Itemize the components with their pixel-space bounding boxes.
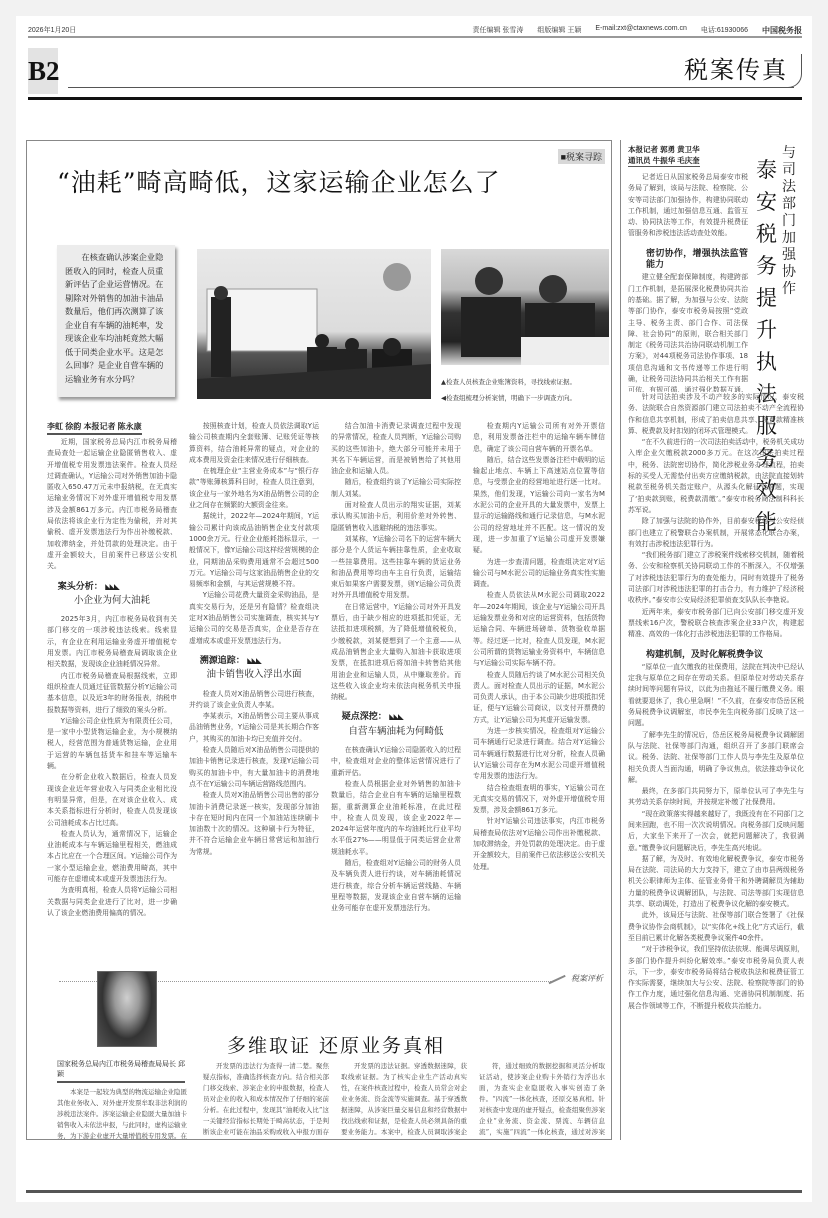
paragraph: 在梳理企业“主营业务成本”与“银行存款”等账簿核算科目时，检查人员注意到，该企业… [189, 466, 319, 511]
paragraph: 为查明真相，检查人员将Y运输公司相关数据与同类企业进行了比对，进一步确认了该企业… [47, 885, 177, 919]
paragraph: 在日常运营中，Y运输公司对外开具发票后，由于缺少相应的进项抵扣凭证，无法抵扣进项… [331, 602, 461, 704]
paragraph: 随后，结合这些发票备注栏中载明的运输起止地点、车辆上下高速站点位置等信息，与受票… [473, 455, 605, 557]
triangle-icons: ◣◣◣ [247, 658, 260, 665]
paragraph: 检查人员随后约谈了M水泥公司相关负责人。面对检查人员出示的证据，M水泥公司负责人… [473, 670, 605, 726]
paragraph: 检查期内Y运输公司所有对外开票信息，利用发票备注栏中的运输车辆车牌信息，确定了该… [473, 421, 605, 455]
sidebar-byline: 本报记者 郭勇 黄卫华 通讯员 牛振华 毛庆奎 [628, 144, 700, 167]
page-number: B2 [28, 48, 58, 94]
header-divider [28, 97, 802, 100]
commentary-author: 国家税务总局内江市税务局稽查局局长 邱颖 [57, 1059, 185, 1083]
section-title: 税案传真 [684, 50, 788, 85]
paragraph: 建立健全配套保障制度，构建跨部门工作机制，是拓展深化税费协同共治的基础。据了解，… [628, 272, 748, 392]
paragraph: 此外，该局还与法院、社保等部门联合签署了《社保费争议协作会商机制》，以“实体化+… [628, 910, 804, 944]
paragraph: 近两年来，泰安市税务部门已向公安部门移交虚开发票线索16户次，警税联合核查涉案企… [628, 607, 804, 641]
photo-reviewing-documents [441, 249, 609, 365]
triangle-icons: ◣◣◣ [389, 714, 402, 721]
header-rule [68, 87, 794, 88]
paragraph: 针对司法拍卖涉及不动产较多的实际情况，泰安税务、法院联合自然资源部门建立司法拍卖… [628, 392, 804, 437]
commentary-title: 多维取证 还原业务真相 [227, 1031, 445, 1058]
photo-team-meeting [197, 249, 431, 399]
paragraph: 记者近日从国家税务总局泰安市税务局了解到，该局与法院、检察院、公安等司法部门加强… [628, 172, 748, 240]
paragraph: 近期，国家税务总局内江市税务局稽查局查处一起运输企业隐匿销售收入、虚开增值税专用… [47, 437, 177, 573]
layout-editor: 组版编辑 王颖 [537, 25, 581, 35]
photo-caption-2: ◀检查组梳理分析案情，明确下一步调查方向。 [441, 393, 576, 402]
paragraph: 随后，检查组对Y运输公司的财务人员及车辆负责人进行约谈，对车辆油耗情况进行核查，… [331, 858, 461, 914]
author-portrait [97, 971, 157, 1047]
email-contact[interactable]: E-mail:zxt@ctaxnews.com.cn [595, 25, 687, 35]
paragraph: “对于涉税争议，我们坚持依法依规、能调尽调原则，多部门协作提升纠纷化解效率。”泰… [628, 944, 804, 1012]
paragraph: 为进一步查清问题，检查组决定对Y运输公司与M水泥公司的运输业务真实性实施调查。 [473, 557, 605, 591]
paper-name: 中国税务报 [762, 25, 802, 36]
article-column-1: 近期，国家税务总局内江市税务局稽查局查处一起运输企业隐匿销售收入、虚开增值税专用… [47, 437, 177, 987]
column-separator [620, 140, 621, 1140]
header-curve [788, 54, 802, 88]
issue-date: 2026年1月20日 [28, 25, 472, 35]
paragraph: 内江市税务局稽查局根据线索，立即组织检查人员通过征管数据分析Y运输公司基本信息，… [47, 671, 177, 716]
commentary-column-3: 开发票的违法证据。穿透数据迷障，获取线索证据。为了核实企业生产活动真实性，在案件… [341, 1061, 467, 1139]
subhead-title: 小企业为何大油耗 [47, 595, 177, 606]
paragraph: “原单位一直欠缴我的社保费用，法院在判决中已经认定我与原单位之间存在劳动关系。但… [628, 662, 804, 730]
paragraph: 面对检查人员出示的翔实证据，刘某承认购买加油卡后，利用价差对外转售、隐匿销售收入… [331, 500, 461, 534]
paragraph: 据了解，为及时、有效地化解税费争议，泰安市税务局在法院、司法局的大力支持下，建立… [628, 854, 804, 910]
subhead-title: 自营车辆油耗为何畸低 [331, 726, 461, 737]
article-column-3: 结合加油卡消费记录调查过程中发现的异常情况，检查人员判断，Y运输公司购买的这些加… [331, 421, 461, 987]
sidebar-subhead-2: 构建机制，及时化解税费争议 [646, 649, 804, 660]
article-column-4: 检查期内Y运输公司所有对外开票信息，利用发票备注栏中的运输车辆车牌信息，确定了该… [473, 421, 605, 987]
paragraph: 在分析企业收入数据后，检查人员发现该企业近年营业收入与同类企业相比没有明显异常，… [47, 772, 177, 828]
responsible-editor: 责任编辑 张雪涛 [472, 25, 523, 35]
paragraph: 随后，检查组约谈了Y运输公司实际控制人刘某。 [331, 477, 461, 500]
paragraph: 按照核查计划，检查人员依法调取Y运输公司核查期内全套账簿、记账凭证等核算资料，结… [189, 421, 319, 466]
subhead-desk-analysis: 案头分析： ◣◣◣ [58, 581, 177, 593]
commentary-column-4: 符，通过细致的数据挖掘和灵活分析取证活动，使涉案企业购卡外销行为浮出水面，为查实… [479, 1061, 605, 1139]
main-article: ■税案寻踪 “油耗”畸高畸低，这家运输企业怎么了 在核查确认涉案企业隐匿收入的同… [26, 140, 612, 1140]
page-header: B2 税案传真 [28, 48, 802, 94]
photo-caption-1: ▲检查人员核查企业账簿资料，寻找线索证据。 [441, 377, 576, 386]
masthead-bar: 2026年1月20日 责任编辑 张雪涛 组版编辑 王颖 E-mail:zxt@c… [28, 24, 802, 38]
paragraph: “我们税务部门建立了涉税案件线索移交机制，随着税务、公安和检察机关协同联动工作的… [628, 550, 804, 606]
newspaper-page: 2026年1月20日 责任编辑 张雪涛 组版编辑 王颖 E-mail:zxt@c… [16, 16, 812, 1202]
paragraph: “现在政策落实得越来越好了，我既没有在不同部门之间来回跑，也不用一次次说明情况。… [628, 809, 804, 854]
sidebar-column-top: 记者近日从国家税务总局泰安市税务局了解到，该局与法院、检察院、公安等司法部门加强… [628, 172, 748, 392]
triangle-icons: ◣◣◣ [105, 584, 118, 591]
subhead-source-tracing: 溯源追踪： ◣◣◣ [200, 655, 319, 667]
sidebar-subhead-1: 密切协作，增强执法监管能力 [646, 248, 748, 271]
commentary-column-2: 开发票的违法行为查得一清二楚。聚焦疑点指标，准确选择核查方向。结合相关部门移交线… [203, 1061, 329, 1139]
paragraph: Y运输公司花费大量资金采购油品，是真实交易行为，还是另有隐情？检查组决定对X油品… [189, 590, 319, 646]
photo-illustration-icon [197, 249, 431, 399]
paragraph: 2025年3月，内江市税务局收到有关部门移交的一项涉税违法线索。线索显示，有企业… [47, 614, 177, 670]
phone-contact: 电话:61930066 [701, 25, 748, 35]
sidebar-column-bottom: 针对司法拍卖涉及不动产较多的实际情况，泰安税务、法院联合自然资源部门建立司法拍卖… [628, 392, 804, 1182]
paragraph: “在不久前进行的一次司法拍卖活动中，税务机关成功入库企业欠缴税款2000多万元。… [628, 437, 804, 516]
paragraph: Y运输公司企业性质为有限责任公司，是一家中小型货物运输企业，为小规模纳税人，经营… [47, 716, 177, 772]
sidebar-kicker: 与司法部门加强协作 [782, 144, 798, 297]
paragraph: 据统计，2022年—2024年期间，Y运输公司累计向该成品油销售企业支付款项10… [189, 511, 319, 590]
paragraph: 检查人员对X油品销售公司进行核查，并约谈了该企业负责人李某。 [189, 689, 319, 712]
paragraph: 结合检查组查明的事实，Y运输公司在无真实交易的情况下，对外虚开增值税专用发票，涉… [473, 783, 605, 817]
paragraph: 检查人员根据企业对外销售的加油卡数量后，结合企业自有车辆的运输里程数据，重新测算… [331, 779, 461, 858]
paragraph: 在核查确认Y运输公司隐匿收入的过程中，检查组对企业的整体运营情况进行了重新评估。 [331, 745, 461, 779]
article-headline: “油耗”畸高畸低，这家运输企业怎么了 [57, 163, 501, 199]
quill-icon [545, 966, 566, 984]
paragraph: 针对Y运输公司违法事实，内江市税务局稽查局依法对Y运输公司作出补缴税款、加收滞纳… [473, 816, 605, 872]
commentary-column-1: 本案是一起较为典型的物流运输企业隐匿其他业务收入、对外虚开发票牟取非法利润的涉税… [57, 1087, 187, 1139]
paragraph: 检查人员依法从M水泥公司调取2022年—2024年期间，该企业与Y运输公司开具运… [473, 590, 605, 669]
subhead-title: 油卡销售收入浮出水面 [189, 669, 319, 680]
photo-illustration-icon [441, 249, 609, 365]
paragraph: 检查人员对X油品销售公司出售的部分加油卡消费记录逐一核实，发现部分加油卡存在短时… [189, 790, 319, 858]
commentary-logo: 税案评析 [546, 969, 603, 984]
paragraph: 刘某称，Y运输公司名下的运营车辆大部分是个人货运车辆挂靠性质，企业收取一些挂靠费… [331, 534, 461, 602]
paragraph: 结合加油卡消费记录调查过程中发现的异常情况，检查人员判断，Y运输公司购买的这些加… [331, 421, 461, 477]
paragraph: 李某表示，X油品销售公司主要从事成品油销售业务，Y运输公司是其长期合作客户，其购… [189, 711, 319, 745]
article-lead-box: 在核查确认涉案企业隐匿收入的同时，检查人员重新评估了企业运营情况。在剔除对外销售… [57, 245, 175, 397]
paragraph: 除了加强与法院的协作外，目前泰安税务与公安经侦部门也建立了税警联合办案机制，开展… [628, 516, 804, 550]
column-tag: ■税案寻踪 [558, 149, 605, 164]
paragraph: 检查人员认为，通常情况下，运输企业油耗成本与车辆运输里程相关，燃油成本占比应在一… [47, 829, 177, 885]
paragraph: 检查人员随后对X油品销售公司提供的加油卡销售记录进行核查，发现Y运输公司购买的加… [189, 745, 319, 790]
paragraph: 最终，在多部门共同努力下，原单位认可了李先生与其劳动关系存续时间，并按规定补缴了… [628, 786, 804, 809]
paragraph: 了解李先生的情况后，岱岳区税务局税费争议调解团队与法院、社保等部门沟通，组织召开… [628, 730, 804, 786]
article-byline: 李虹 徐韵 本报记者 陈永康 [47, 421, 142, 435]
paragraph: 为进一步核实情况，检查组对Y运输公司车辆通行记录进行调查。结合对Y运输公司车辆通… [473, 726, 605, 782]
article-column-2: 按照核查计划，检查人员依法调取Y运输公司核查期内全套账簿、记账凭证等核算资料，结… [189, 421, 319, 987]
subhead-deep-dive: 疑点深挖： ◣◣◣ [342, 711, 461, 723]
page-bottom-rule [26, 1190, 802, 1193]
